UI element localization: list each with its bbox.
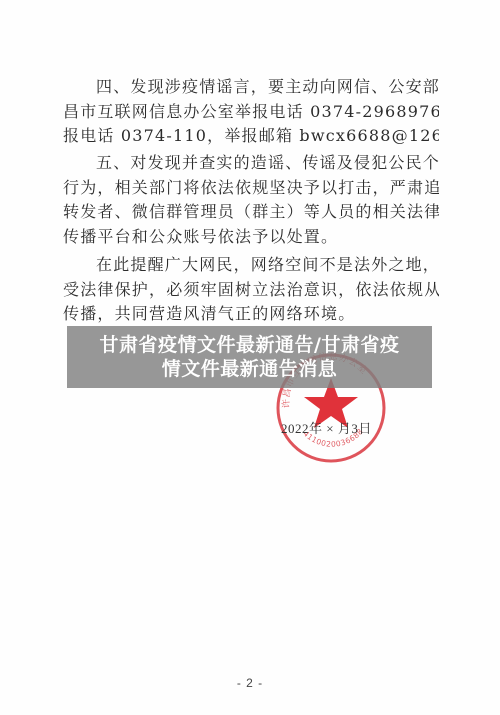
text-line: 受法律保护，必须牢固树立法治意识，依法依规从事互联网信息: [63, 278, 439, 303]
title-overlay-banner: 甘肃省疫情文件最新通告/甘肃省疫 情文件最新通告消息: [67, 326, 432, 388]
text-line: 五、对发现并查实的造谣、传谣及侵犯公民个人隐私等违法: [63, 151, 439, 176]
text-line: 传播平台和公众账号依法予以处置。: [63, 225, 439, 250]
text-line: 报电话 0374-110，举报邮箱 bwcx6688@126.com。: [63, 124, 439, 149]
text-line: 转发者、微信群管理员（群主）等人员的相关法律责任，对网络: [63, 200, 439, 225]
text-line: 四、发现涉疫情谣言，要主动向网信、公安部门举报。许: [63, 75, 439, 100]
overlay-title-line-2: 情文件最新通告消息: [162, 357, 338, 381]
text-line: 行为，相关部门将依法依规坚决予以打击，严肃追究信息发布者、: [63, 176, 439, 201]
text-line: 在此提醒广大网民，网络空间不是法外之地，公民个人隐私: [63, 253, 439, 278]
text-line: 昌市互联网信息办公室举报电话 0374-2968976，许昌市公安局举: [63, 100, 439, 125]
paragraph-report-rumors: 四、发现涉疫情谣言，要主动向网信、公安部门举报。许 昌市互联网信息办公室举报电话…: [63, 75, 439, 149]
paragraph-reminder: 在此提醒广大网民，网络空间不是法外之地，公民个人隐私 受法律保护，必须牢固树立法…: [63, 253, 439, 327]
page-number: - 2 -: [0, 676, 500, 690]
text-line: 传播，共同营造风清气正的网络环境。: [63, 302, 439, 327]
paragraph-legal-action: 五、对发现并查实的造谣、传谣及侵犯公民个人隐私等违法 行为，相关部门将依法依规坚…: [63, 151, 439, 249]
document-date: 2022年 × 月3日: [281, 418, 372, 437]
overlay-title-line-1: 甘肃省疫情文件最新通告/甘肃省疫: [100, 333, 400, 357]
